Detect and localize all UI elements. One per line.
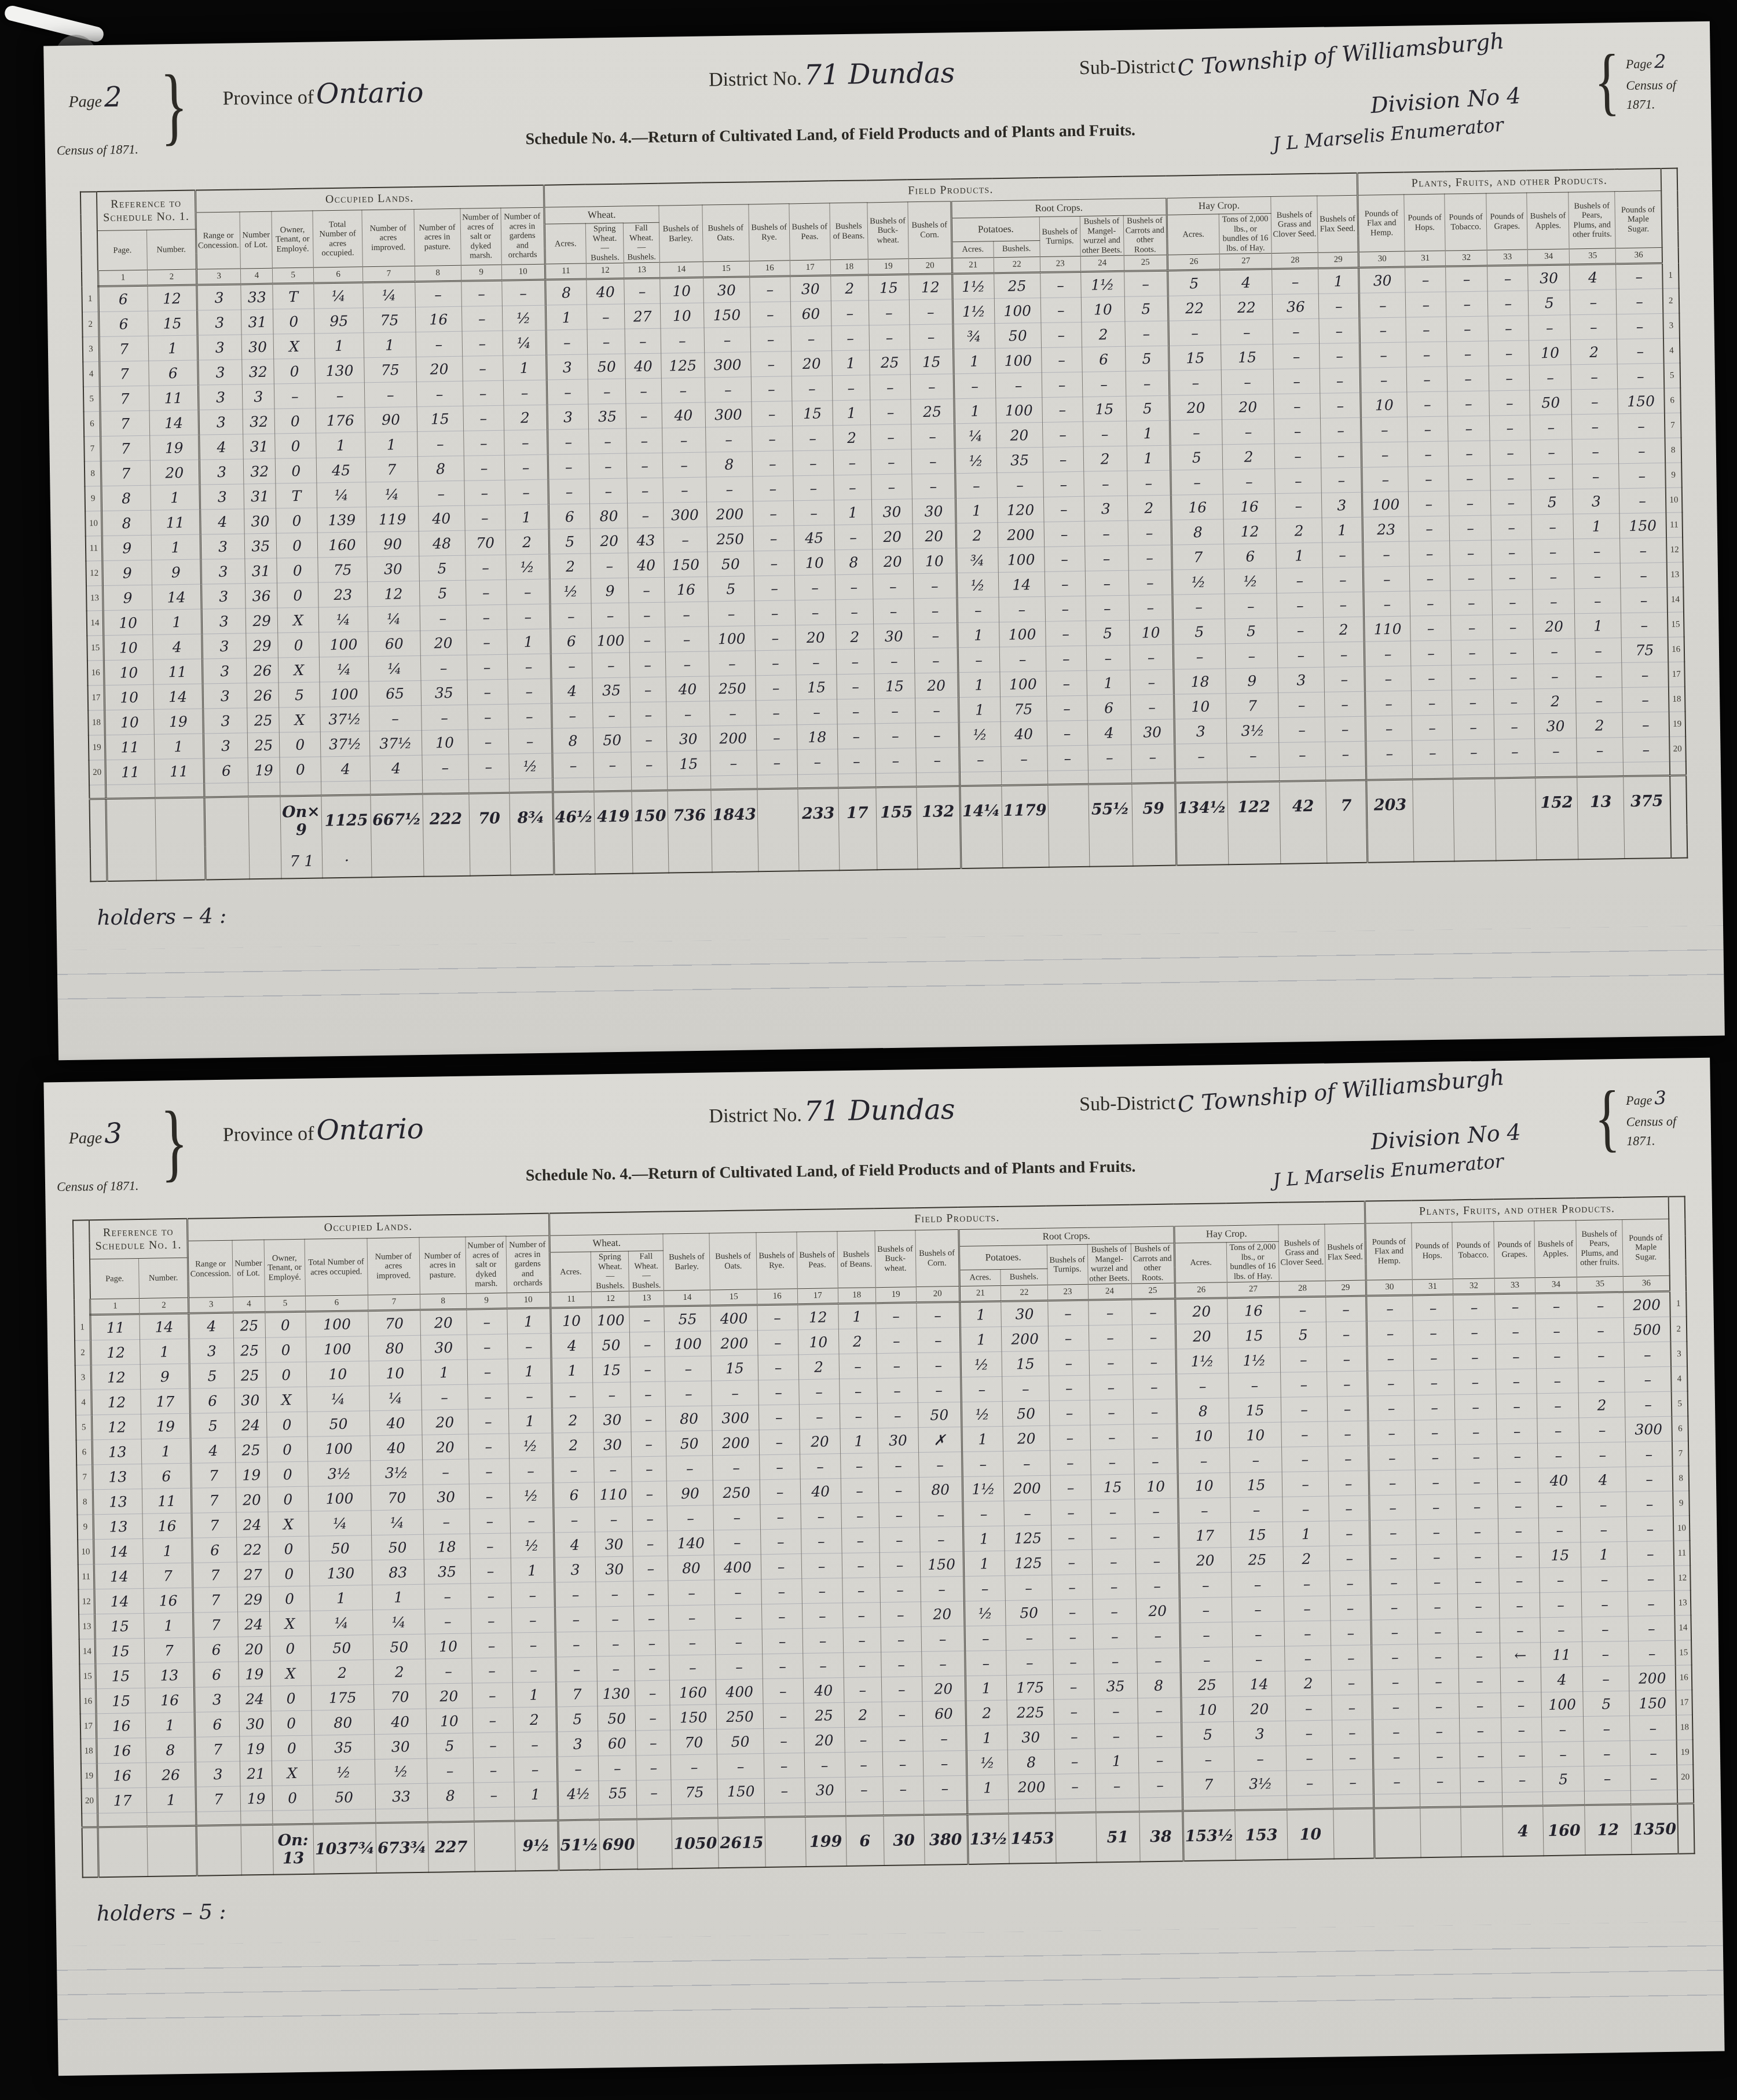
row-number: 1 xyxy=(1662,263,1679,288)
table-cell: – xyxy=(1575,638,1622,664)
table-cell: 35 xyxy=(421,680,468,705)
table-cell xyxy=(1176,831,1229,865)
table-cell: 90 xyxy=(365,407,417,433)
row-number: 6 xyxy=(84,412,101,437)
table-cell: – xyxy=(627,478,663,503)
table-cell: – xyxy=(595,1507,633,1532)
table-cell: – xyxy=(1458,1618,1500,1644)
table-cell: – xyxy=(924,1775,968,1801)
subdistrict-field: Sub-District C Township of Williamsburgh xyxy=(1079,47,1506,79)
row-number: 8 xyxy=(77,1490,94,1515)
table-cell: – xyxy=(1491,490,1532,515)
table-cell: 11 xyxy=(153,659,203,684)
column-header: Hay Crop. xyxy=(1166,197,1271,215)
table-cell: – xyxy=(631,727,667,752)
table-cell: – xyxy=(914,623,958,648)
table-cell: – xyxy=(1447,366,1489,391)
table-cell: 10 xyxy=(1134,1474,1178,1499)
table-cell: 10 xyxy=(794,550,835,576)
table-cell: – xyxy=(918,1452,962,1478)
table-cell: – xyxy=(555,1607,596,1632)
table-cell: – xyxy=(963,1575,1005,1601)
table-cell: 5 xyxy=(189,1363,234,1388)
table-cell: 20 xyxy=(1233,1696,1286,1721)
column-header: Reference to Schedule No. 1. xyxy=(97,190,196,231)
table-cell: 14 xyxy=(140,1313,189,1339)
table-cell: – xyxy=(1621,613,1668,638)
table-cell: 40 xyxy=(662,402,706,428)
table-cell: – xyxy=(1542,1717,1584,1742)
table-cell: – xyxy=(796,699,837,725)
table-cell: – xyxy=(1576,688,1623,713)
table-cell: ¼ xyxy=(363,282,415,308)
column-header: 2 xyxy=(140,1298,189,1314)
table-cell: – xyxy=(1536,1318,1578,1344)
table-cell: – xyxy=(845,1752,883,1778)
table-cell: 100 xyxy=(999,621,1046,647)
table-cell: – xyxy=(752,426,793,452)
table-cell: 3 xyxy=(1174,719,1227,744)
table-cell: 2 xyxy=(513,1707,557,1732)
table-cell: – xyxy=(1272,268,1319,294)
table-cell: 1 xyxy=(512,1682,556,1707)
table-cell xyxy=(1326,766,1366,780)
table-cell: 150 xyxy=(670,1705,717,1730)
table-cell: 12 xyxy=(797,1304,838,1330)
table-cell: 10 xyxy=(798,1329,839,1355)
table-cell: – xyxy=(714,1579,761,1605)
table-cell: 20 xyxy=(1533,614,1575,639)
table-cell: 0 xyxy=(274,358,315,384)
table-cell: 14 xyxy=(94,1589,144,1614)
table-cell: 11 xyxy=(142,1488,192,1513)
table-cell: – xyxy=(802,1653,844,1678)
table-cell: – xyxy=(1177,1448,1230,1474)
table-cell: 5 xyxy=(419,555,466,581)
table-cell: – xyxy=(754,600,796,626)
province-handwritten: Ontario xyxy=(316,76,424,111)
table-cell: – xyxy=(1416,1494,1457,1520)
table-cell: 300 xyxy=(704,352,751,378)
row-number: 14 xyxy=(87,611,104,636)
row-number: 11 xyxy=(86,536,102,561)
table-cell: – xyxy=(589,453,628,479)
table-cell: – xyxy=(1233,1646,1285,1672)
table-cell xyxy=(371,844,423,877)
table-cell: 250 xyxy=(709,676,756,701)
table-cell: 15 xyxy=(96,1688,146,1714)
table-cell: – xyxy=(1490,415,1531,441)
table-cell: 35 xyxy=(312,1735,375,1761)
table-cell xyxy=(422,779,468,794)
table-cell: – xyxy=(1369,1445,1416,1471)
table-cell: – xyxy=(1006,1650,1053,1675)
table-cell: 1 xyxy=(965,1675,1007,1700)
row-number: 12 xyxy=(1674,1566,1691,1590)
table-cell: – xyxy=(424,1584,471,1609)
table-cell: – xyxy=(1406,342,1447,367)
table-cell: 1 xyxy=(140,1339,190,1364)
table-cell: – xyxy=(1049,1375,1090,1401)
table-cell: – xyxy=(1052,1599,1093,1625)
table-cell: 2 xyxy=(1534,688,1577,714)
table-cell: 160 xyxy=(317,532,367,558)
table-cell: – xyxy=(1138,1747,1182,1773)
table-cell: – xyxy=(1173,644,1226,669)
table-cell: 20 xyxy=(804,1728,845,1753)
table-cell: – xyxy=(511,1582,555,1608)
table-cell: – xyxy=(512,1632,556,1658)
table-cell: – xyxy=(1452,714,1494,740)
table-cell: – xyxy=(1456,1469,1498,1494)
table-cell: 150 xyxy=(1629,1690,1676,1716)
table-cell: – xyxy=(1537,1393,1579,1419)
column-header: Page. xyxy=(90,1259,140,1299)
table-cell xyxy=(595,841,633,874)
table-cell: – xyxy=(1329,1496,1370,1521)
table-cell: 1 xyxy=(545,305,587,330)
table-cell: 20 xyxy=(426,1683,472,1709)
table-cell xyxy=(1502,1792,1542,1806)
table-cell: – xyxy=(1129,595,1173,620)
table-cell: – xyxy=(1619,488,1666,514)
table-cell: – xyxy=(1221,369,1274,395)
table-cell: – xyxy=(1459,1643,1501,1669)
row-number: 3 xyxy=(1663,313,1680,338)
table-cell: – xyxy=(793,500,834,526)
table-cell: – xyxy=(840,1453,878,1479)
table-cell: – xyxy=(1050,1450,1091,1475)
table-cell: 50 xyxy=(309,1535,372,1562)
table-cell: 100 xyxy=(592,1307,630,1333)
table-cell: – xyxy=(1419,1694,1460,1719)
table-cell: – xyxy=(636,1780,672,1805)
table-cell: 16 xyxy=(1171,494,1223,520)
column-header: Bushels of Turnips. xyxy=(1047,1244,1088,1285)
table-cell: 100 xyxy=(308,1486,371,1512)
row-number: 18 xyxy=(1669,687,1685,712)
table-cell: – xyxy=(844,1727,882,1753)
table-cell: – xyxy=(1460,1743,1502,1768)
table-cell: 2 xyxy=(1222,444,1275,470)
table-cell: 1 xyxy=(152,609,202,635)
table-cell: 46½ xyxy=(552,791,595,842)
table-cell: – xyxy=(881,1627,922,1652)
table-cell: 1 xyxy=(963,1551,1005,1576)
table-cell: – xyxy=(592,653,631,678)
table-cell: 153½ xyxy=(1182,1811,1236,1861)
table-cell: 1 xyxy=(1095,1748,1139,1773)
table-cell: – xyxy=(1321,442,1362,468)
table-cell: – xyxy=(874,698,915,724)
table-cell: – xyxy=(1405,266,1446,292)
brace-glyph: { xyxy=(1593,38,1620,125)
table-cell: 11 xyxy=(155,758,204,784)
table-cell: – xyxy=(761,1604,802,1629)
table-cell: – xyxy=(763,1678,804,1704)
table-cell: X xyxy=(279,707,320,732)
table-cell: – xyxy=(587,304,625,329)
table-cell: ½ xyxy=(955,448,996,474)
table-cell: – xyxy=(910,324,954,350)
table-cell: – xyxy=(587,329,625,354)
table-cell: – xyxy=(840,1403,878,1429)
row-number: 19 xyxy=(1669,712,1685,736)
table-cell: – xyxy=(1502,1767,1543,1793)
table-cell: 12 xyxy=(1585,1804,1632,1855)
table-cell: 0 xyxy=(273,309,314,334)
table-cell: – xyxy=(801,1553,842,1579)
table-cell: 20 xyxy=(420,630,467,655)
table-cell: 5 xyxy=(1583,1691,1630,1716)
table-cell xyxy=(1420,1807,1461,1858)
row-number: 7 xyxy=(76,1465,93,1490)
table-cell: 13 xyxy=(1577,776,1624,827)
table-cell: – xyxy=(1229,1372,1281,1398)
table-cell: – xyxy=(1497,1443,1538,1469)
table-cell xyxy=(1333,1808,1375,1859)
table-cell xyxy=(877,836,918,870)
table-cell: – xyxy=(1282,1446,1329,1472)
table-cell: – xyxy=(841,1503,880,1529)
table-cell: – xyxy=(1134,1498,1178,1524)
table-cell: 5 xyxy=(1225,618,1278,644)
table-cell: – xyxy=(665,626,709,652)
table-cell: 4 xyxy=(370,755,422,780)
column-header: 26 xyxy=(1167,254,1220,270)
table-cell: – xyxy=(630,1357,665,1382)
table-cell: 40 xyxy=(418,505,465,531)
table-cell: – xyxy=(1616,289,1663,314)
table-cell: 7 xyxy=(1182,1772,1234,1797)
column-header: Bushels of Barley. xyxy=(663,1233,710,1291)
table-cell: 50 xyxy=(592,1332,631,1358)
table-cell: – xyxy=(669,1605,716,1630)
table-cell xyxy=(765,1817,806,1868)
table-cell: 15 xyxy=(1221,344,1274,370)
table-cell: – xyxy=(923,1750,967,1776)
table-cell: – xyxy=(631,1406,666,1432)
row-number: 15 xyxy=(1668,612,1684,637)
table-cell: 1 xyxy=(834,500,872,525)
table-cell: 1 xyxy=(508,1408,552,1434)
table-cell: – xyxy=(1086,595,1130,621)
district-field: District No. 71 Dundas xyxy=(709,1093,955,1129)
table-cell: – xyxy=(461,306,503,331)
row-number: 19 xyxy=(81,1764,98,1789)
table-cell: – xyxy=(1534,664,1576,689)
table-cell: – xyxy=(1277,642,1324,668)
table-cell: 25 xyxy=(247,708,280,733)
table-cell: – xyxy=(1410,591,1451,616)
table-cell: – xyxy=(1282,1496,1329,1522)
table-cell: 2 xyxy=(956,523,998,548)
table-cell: 4 xyxy=(199,434,243,460)
table-cell: – xyxy=(1084,521,1128,546)
column-header: Acres. xyxy=(952,241,994,258)
table-cell: – xyxy=(957,598,999,623)
table-cell: 33 xyxy=(375,1783,427,1809)
column-header: 31 xyxy=(1405,251,1445,267)
column-header: Pounds of Tobacco. xyxy=(1445,193,1487,251)
table-cell: 30 xyxy=(423,1484,470,1509)
table-cell: – xyxy=(1451,615,1493,640)
table-cell: – xyxy=(832,375,870,401)
table-cell: 60 xyxy=(598,1731,636,1756)
table-cell: 1350 xyxy=(1631,1804,1679,1855)
row-number: 10 xyxy=(1666,488,1683,512)
table-cell: – xyxy=(1618,413,1665,439)
table-cell: – xyxy=(761,1554,802,1579)
table-cell: 50 xyxy=(373,1634,425,1659)
table-cell: 2 xyxy=(1283,1546,1330,1571)
table-cell: 7 xyxy=(192,1487,236,1513)
table-cell: 13 xyxy=(92,1439,142,1465)
table-cell: – xyxy=(870,375,911,400)
table-cell xyxy=(1139,1797,1182,1812)
table-cell: 3 xyxy=(198,384,243,410)
table-cell: – xyxy=(708,601,755,626)
column-header: Bushels. xyxy=(1001,1269,1047,1286)
table-cell: – xyxy=(793,475,834,501)
table-cell: – xyxy=(1457,1544,1499,1569)
table-cell: – xyxy=(1450,590,1493,615)
table-cell: 30 xyxy=(595,1531,633,1557)
table-cell: – xyxy=(274,383,316,409)
table-cell: 1 xyxy=(1322,517,1363,543)
table-cell: 75 xyxy=(318,557,368,582)
table-cell xyxy=(798,837,840,871)
table-cell: 6 xyxy=(195,1711,239,1737)
table-cell: – xyxy=(919,1527,963,1552)
table-cell: 22 xyxy=(1221,295,1273,320)
row-number: 15 xyxy=(87,636,104,661)
corner-page-box: Page 2 Census of 1871. xyxy=(1626,47,1702,114)
table-cell xyxy=(1542,1791,1584,1806)
table-cell: – xyxy=(1617,314,1663,339)
table-cell: – xyxy=(1531,514,1574,540)
table-cell: – xyxy=(463,380,504,406)
table-cell: – xyxy=(881,1677,922,1702)
table-cell: 10 xyxy=(1361,392,1408,417)
table-cell: – xyxy=(752,401,793,427)
table-cell: 4 xyxy=(1541,1667,1583,1692)
table-cell: – xyxy=(791,376,833,401)
table-cell: 45 xyxy=(316,457,366,483)
table-cell: – xyxy=(875,1303,917,1329)
table-cell: 26 xyxy=(247,683,279,708)
table-cell: – xyxy=(758,1355,799,1380)
table-cell: – xyxy=(1331,1670,1372,1695)
table-cell: – xyxy=(713,1455,760,1480)
table-cell: 75 xyxy=(1621,637,1668,663)
table-cell xyxy=(1584,1790,1630,1805)
table-cell: – xyxy=(1446,316,1489,342)
table-cell: – xyxy=(1368,1395,1414,1421)
table-cell: 6 xyxy=(846,1816,884,1866)
table-cell: 203 xyxy=(1366,779,1413,830)
table-cell: 8 xyxy=(1008,1749,1055,1775)
table-cell: 8 xyxy=(146,1737,196,1762)
column-header: 23 xyxy=(1047,1284,1088,1300)
census-sheet-page3: Page 3 } Census of 1871. Province of Ont… xyxy=(43,1058,1724,2076)
table-cell: – xyxy=(1045,596,1086,621)
column-header: Acres. xyxy=(544,223,587,264)
brace-glyph: } xyxy=(160,56,188,156)
column-header: Pounds of Flax and Hemp. xyxy=(1358,195,1405,252)
table-cell: 1 xyxy=(833,400,871,426)
row-number: 18 xyxy=(1676,1715,1693,1740)
column-header: 29 xyxy=(1325,1280,1366,1296)
table-cell: 70 xyxy=(368,1310,420,1336)
column-header: Total Number of acres occupied. xyxy=(305,1238,368,1296)
table-cell: – xyxy=(915,723,959,748)
column-header: Total Number of acres occupied. xyxy=(313,210,362,267)
table-cell: – xyxy=(839,1354,877,1379)
table-cell: 10 xyxy=(1177,1423,1229,1449)
table-cell: – xyxy=(882,1751,924,1777)
table-cell: – xyxy=(551,703,593,728)
table-cell: 16 xyxy=(1223,494,1276,519)
table-cell: – xyxy=(760,1529,801,1555)
table-cell: 7 xyxy=(144,1563,193,1588)
table-cell: – xyxy=(1490,440,1531,466)
column-header: Range or Concession. xyxy=(188,1240,233,1298)
table-cell: – xyxy=(511,1607,555,1633)
column-header: Pounds of Maple Sugar. xyxy=(1615,191,1662,248)
table-cell xyxy=(376,1808,428,1823)
column-header: Bushels of Buck-wheat. xyxy=(867,202,908,259)
table-cell: 20 xyxy=(1170,395,1222,420)
table-cell: 4½ xyxy=(558,1781,599,1806)
table-cell: – xyxy=(463,405,504,431)
table-cell: – xyxy=(1494,714,1535,739)
table-cell: ¾ xyxy=(957,548,998,573)
table-cell: 40 xyxy=(803,1678,844,1703)
column-header: 7 xyxy=(368,1294,420,1310)
row-number: 5 xyxy=(83,387,100,412)
table-cell: – xyxy=(1086,645,1130,670)
table-cell: – xyxy=(633,1531,668,1556)
row-number: 4 xyxy=(83,362,100,387)
table-cell: 200 xyxy=(1629,1665,1676,1691)
row-number: 10 xyxy=(78,1540,94,1564)
table-cell: 6 xyxy=(553,1482,595,1508)
table-cell: – xyxy=(1133,1349,1177,1375)
table-cell: – xyxy=(1043,496,1084,522)
table-cell: – xyxy=(1580,1442,1626,1468)
table-cell: 100 xyxy=(999,671,1046,697)
table-cell: 3 xyxy=(201,609,246,634)
table-cell xyxy=(718,1804,765,1818)
column-header: 11 xyxy=(550,1292,592,1308)
table-cell: 155 xyxy=(876,787,917,837)
table-cell: – xyxy=(836,649,874,675)
table-cell: – xyxy=(1412,740,1453,765)
table-cell: – xyxy=(557,1756,599,1782)
table-cell: – xyxy=(1277,567,1324,593)
table-cell: 1 xyxy=(314,333,364,358)
column-header: Bushels of Peas. xyxy=(797,1232,838,1289)
column-header: 31 xyxy=(1412,1279,1453,1295)
table-cell: 48 xyxy=(419,530,466,556)
table-cell: 3 xyxy=(201,559,245,584)
table-cell: 70 xyxy=(371,1485,423,1510)
table-cell: – xyxy=(1622,662,1669,687)
table-cell: – xyxy=(1495,1293,1536,1320)
table-cell: 0 xyxy=(277,558,318,583)
table-cell: – xyxy=(1041,347,1082,372)
